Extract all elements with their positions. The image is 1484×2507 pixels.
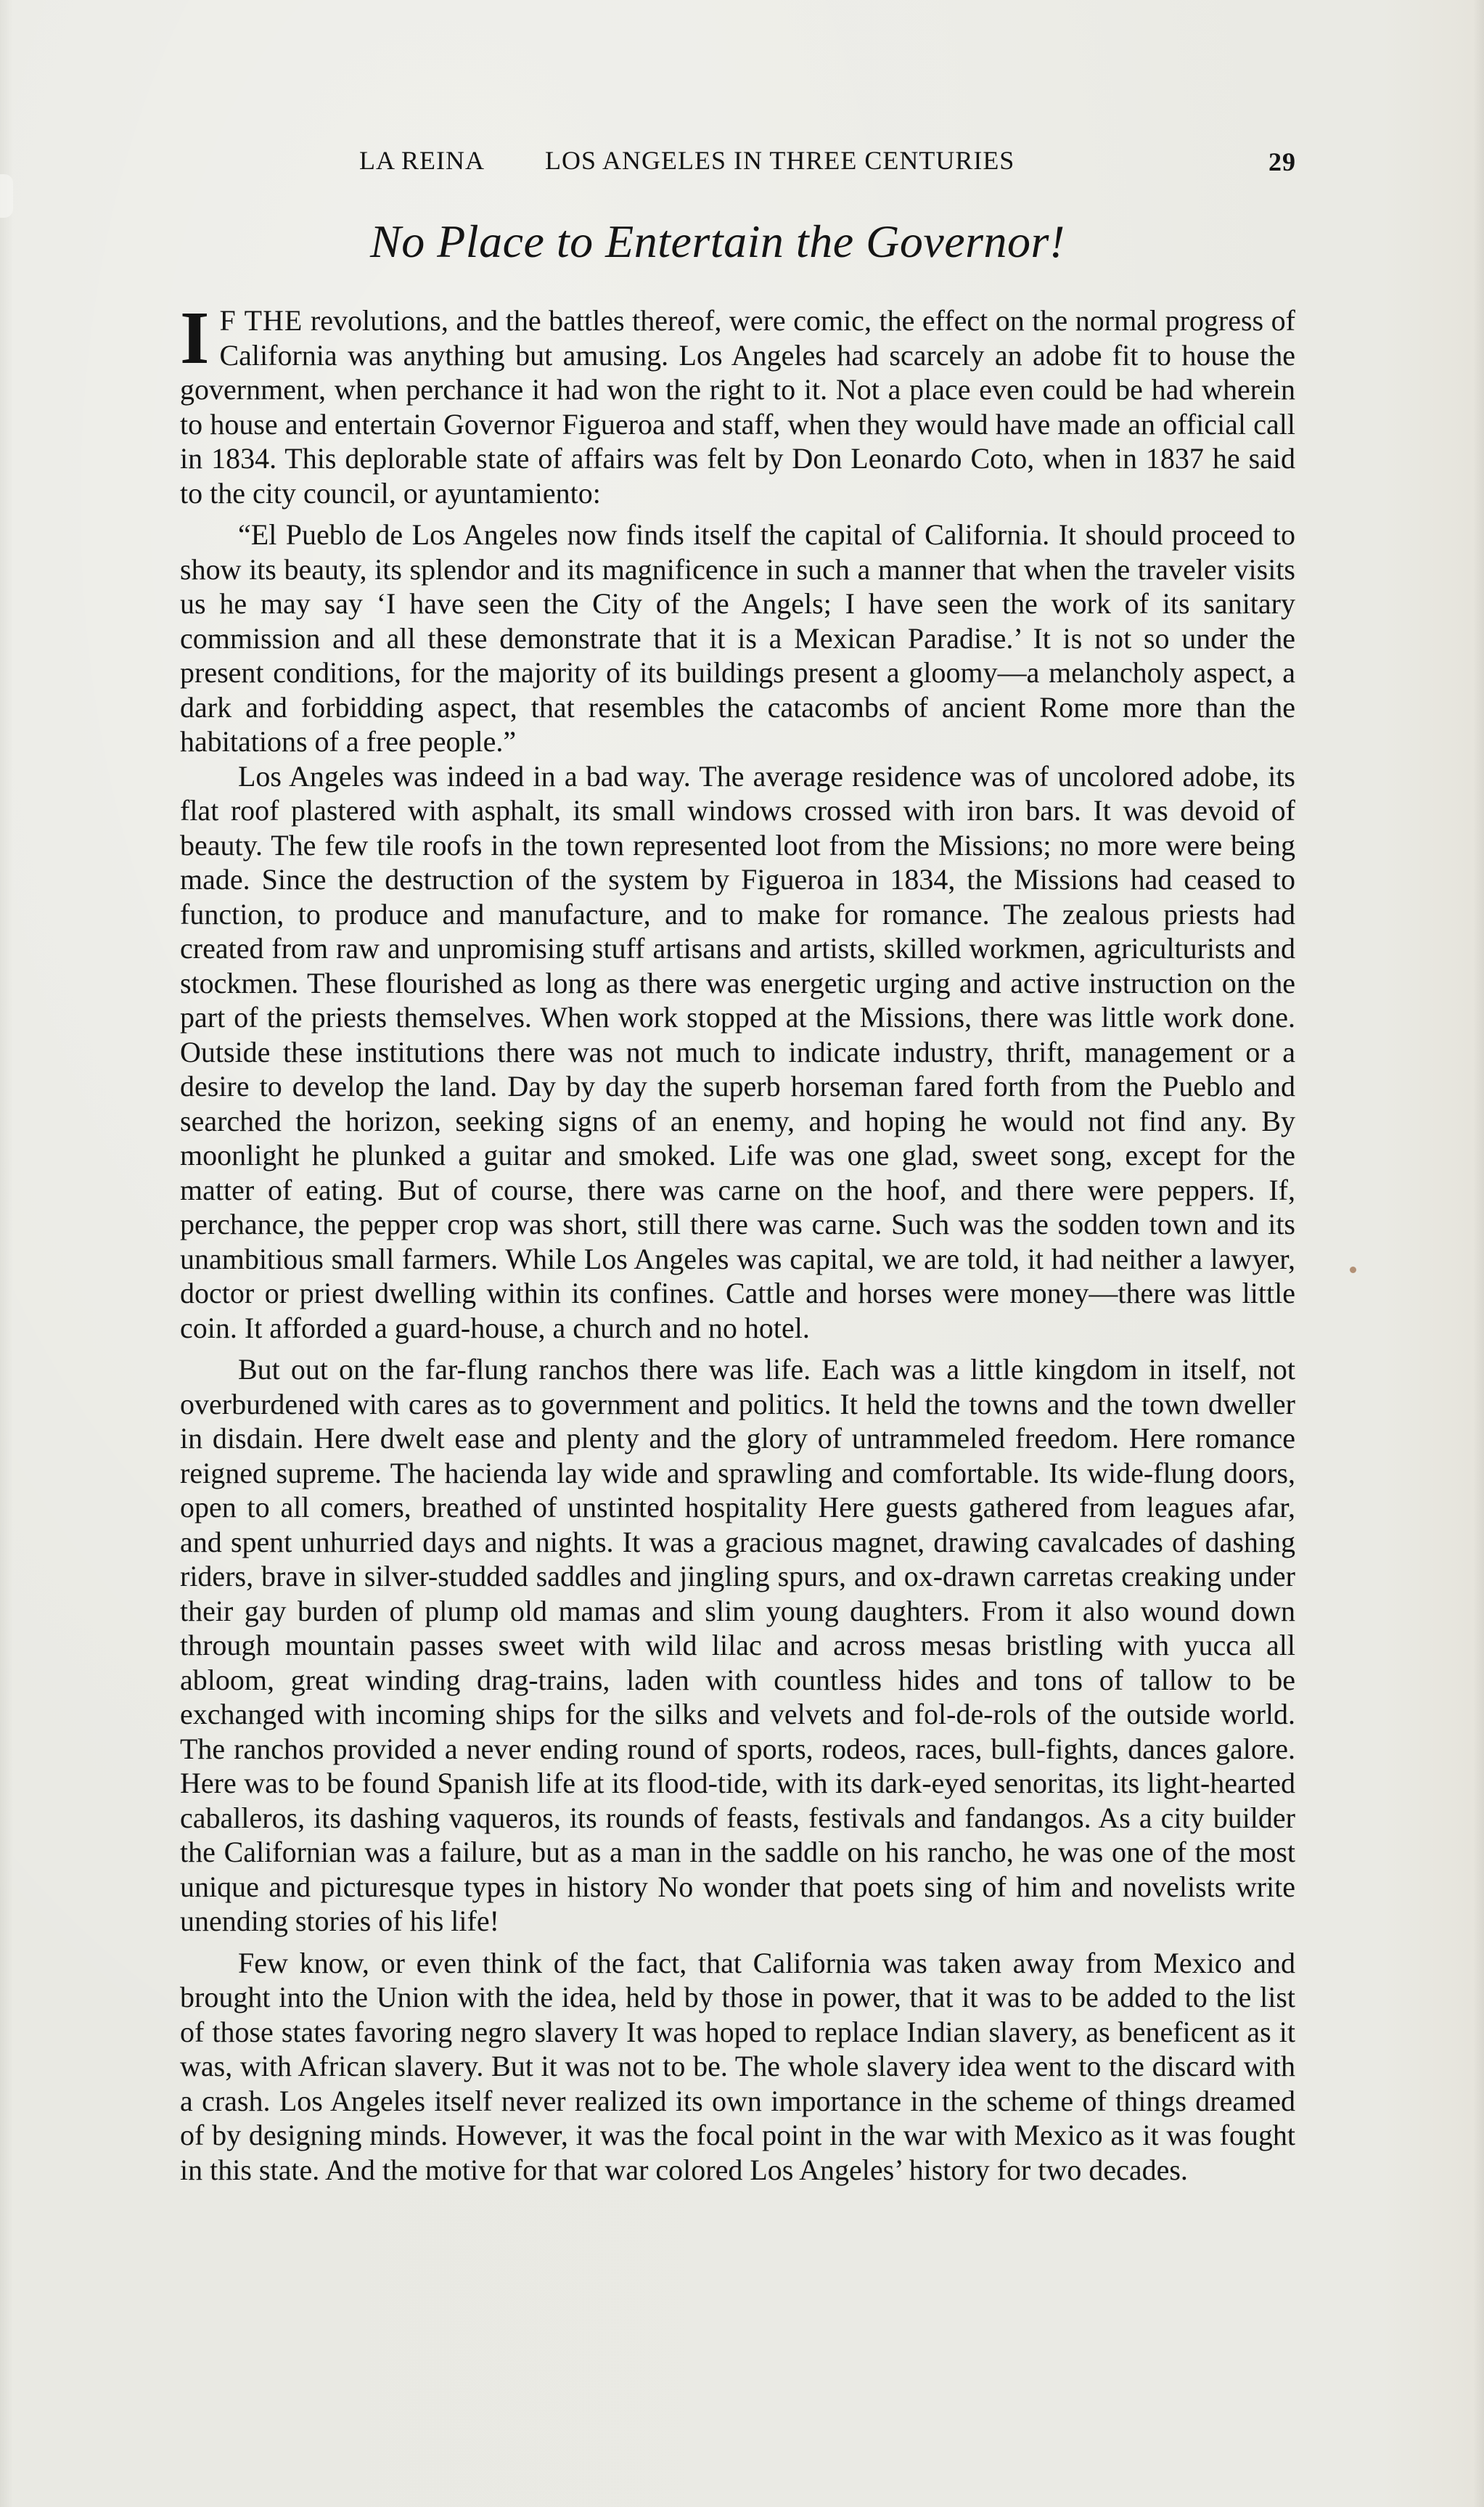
series-title: LOS ANGELES IN THREE CENTURIES (545, 145, 1014, 176)
book-title: LA REINA (359, 145, 485, 176)
paragraph-5: Few know, or even think of the fact, tha… (180, 1946, 1295, 2188)
block-quote: “El Pueblo de Los Angeles now finds itse… (180, 518, 1295, 759)
lead-caps: F THE (219, 304, 303, 337)
drop-cap: I (180, 308, 209, 369)
chapter-title: No Place to Entertain the Governor! (370, 215, 1096, 269)
paragraph-3: Los Angeles was indeed in a bad way. The… (180, 759, 1295, 1346)
running-head: LA REINA LOS ANGELES IN THREE CENTURIES … (359, 145, 1303, 181)
article-body: IF THE revolutions, and the battles ther… (180, 303, 1295, 2187)
foxing-spot (1350, 1267, 1356, 1273)
paragraph-1-text: revolutions, and the battles thereof, we… (180, 304, 1295, 510)
paragraph-4: But out on the far-flung ranchos there w… (180, 1352, 1295, 1939)
paragraph-opening: IF THE revolutions, and the battles ther… (180, 303, 1295, 510)
torn-edge (0, 174, 13, 218)
page-number: 29 (1268, 147, 1296, 177)
